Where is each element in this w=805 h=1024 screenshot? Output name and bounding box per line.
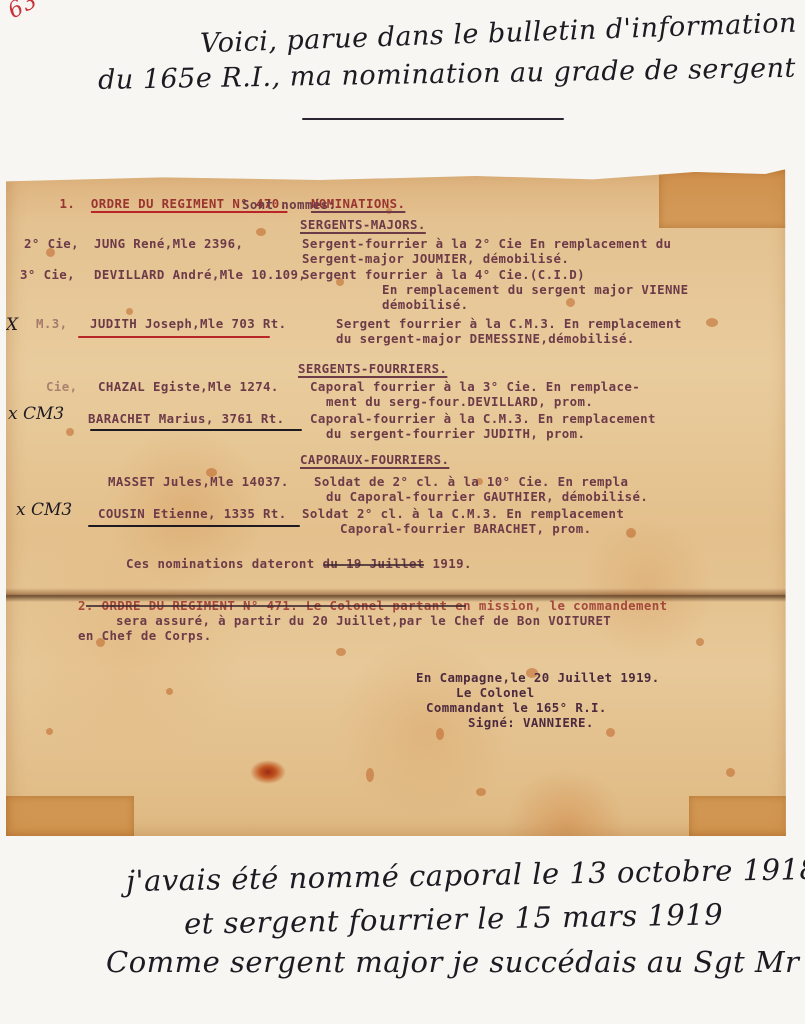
entry-detail: Sergent-major JOUMIER, démobilisé. [302,251,569,266]
handwritten-underline [302,118,564,120]
entry-unit: Cie, [46,379,77,394]
entry-detail: Caporal-fourrier à la C.M.3. En remplace… [310,411,656,426]
adhesive-tape [659,170,789,228]
black-pen-underline [88,525,300,527]
entry-detail: Sergent fourrier à la C.M.3. En remplace… [336,316,682,331]
entry-detail: ment du serg-four.DEVILLARD, prom. [326,394,593,409]
entry-unit: 2° Cie, [24,236,79,251]
handwritten-footer-line-3: Comme sergent major je succédais au Sgt … [106,945,805,979]
margin-annotation: x CM3 [16,500,72,520]
entry-unit: 3° Cie, [20,267,75,282]
handwritten-footer-line-1: j'avais été nommé caporal le 13 octobre … [126,852,805,898]
margin-annotation: x CM3 [8,404,64,424]
handwritten-header-line-1: Voici, parue dans le bulletin d'informat… [200,8,798,60]
intro-text: Sont nommés: [242,197,336,212]
adhesive-tape [689,796,789,836]
section-title-sergents-fourriers: SERGENTS-FOURRIERS. [298,361,447,376]
entry-detail: du sergent-major DEMESSINE,démobilisé. [336,331,635,346]
entry-detail: En remplacement du sergent major VIENNE [382,282,689,297]
signature-command: Commandant le 165° R.I. [426,700,607,715]
entry-detail: du Caporal-fourrier GAUTHIER, démobilisé… [326,489,648,504]
entry-detail: Soldat de 2° cl. à la 10° Cie. En rempla [314,474,628,489]
entry-name: JUDITH Joseph,Mle 703 Rt. [90,316,287,331]
section-title-sergents-majors: SERGENTS-MAJORS. [300,217,426,232]
entry-name: JUNG René,Mle 2396, [94,236,243,251]
typed-order-document: 1. ORDRE DU REGIMENT N° 470. NOMINATIONS… [6,168,789,836]
entry-unit: M.3, [36,316,67,331]
entry-name: DEVILLARD André,Mle 10.109, [94,267,306,282]
black-pen-underline [90,429,302,431]
order-heading-number: 1. [59,196,75,211]
adhesive-tape [6,796,134,836]
red-pen-underline [78,336,270,338]
entry-name: BARACHET Marius, 3761 Rt. [88,411,285,426]
entry-detail: Caporal-fourrier BARACHET, prom. [340,521,592,536]
section-title-caporaux-fourriers: CAPORAUX-FOURRIERS. [300,452,449,467]
signature-signed: Signé: VANNIERE. [468,715,594,730]
entry-detail: du sergent-fourrier JUDITH, prom. [326,426,585,441]
order-471-line-2: sera assuré, à partir du 20 Juillet,par … [116,613,611,628]
strikethrough [324,564,424,566]
strikethrough [86,605,466,607]
entry-detail: Sergent-fourrier à la 2° Cie En remplace… [302,236,671,251]
margin-annotation: X [6,315,18,335]
entry-detail: Sergent fourrier à la 4° Cie.(C.I.D) [302,267,585,282]
order-471-line-3: en Chef de Corps. [78,628,212,643]
entry-name: MASSET Jules,Mle 14037. [108,474,289,489]
signature-title: Le Colonel [456,685,535,700]
page-number-mark: 63 [4,0,42,24]
signature-place-date: En Campagne,le 20 Juillet 1919. [416,670,660,685]
entry-detail: Caporal fourrier à la 3° Cie. En remplac… [310,379,640,394]
handwritten-footer-line-2: et sergent fourrier le 15 mars 1919 [184,897,724,940]
entry-name: COUSIN Etienne, 1335 Rt. [98,506,287,521]
entry-name: CHAZAL Egiste,Mle 1274. [98,379,279,394]
entry-detail: démobilisé. [382,297,468,312]
entry-detail: Soldat 2° cl. à la C.M.3. En remplacemen… [302,506,624,521]
